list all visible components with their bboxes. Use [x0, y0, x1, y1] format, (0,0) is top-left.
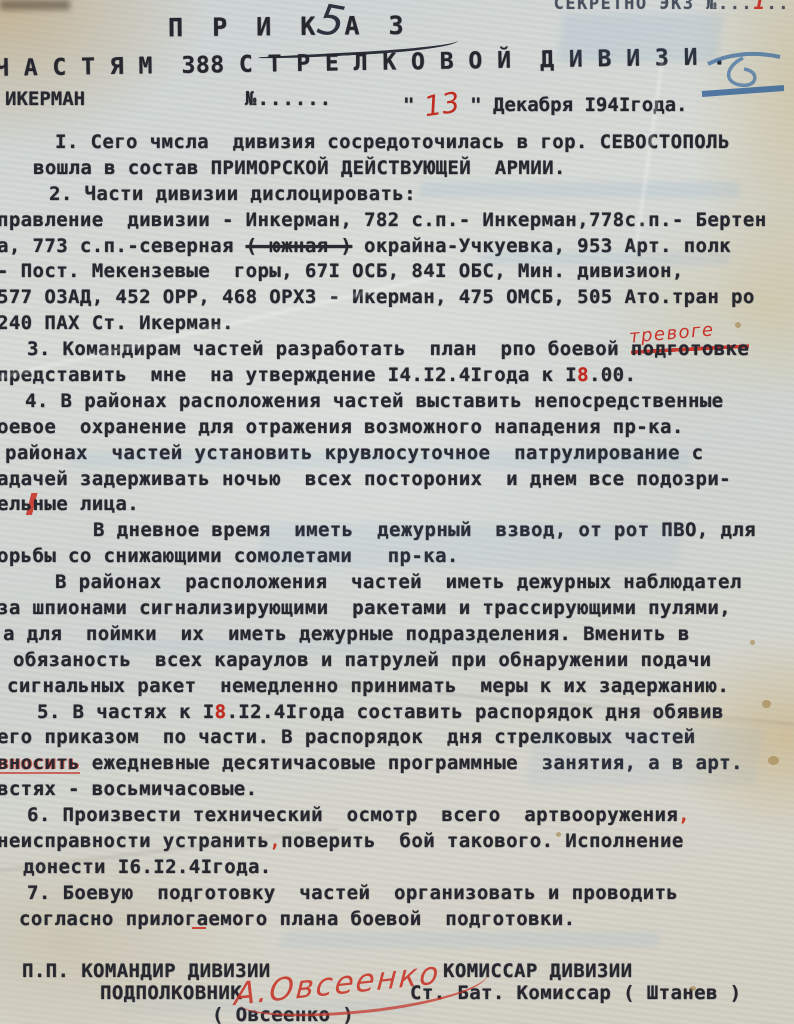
annotated-text-red-digit: 8: [215, 701, 227, 723]
text-line: представить мне на утверждение I4.I2.4Iг…: [0, 363, 794, 389]
typed-text: донести I6.I2.4Iгода.: [23, 856, 272, 878]
bleed-through-mark: [279, 932, 661, 948]
text-line: сигнальных ракет немедленно принимать ме…: [0, 674, 794, 700]
bleed-through-mark: [419, 182, 741, 198]
text-line: 4. В районах расположения частей выстави…: [0, 389, 794, 415]
text-line: адачей задерживать ночью всех постороних…: [0, 467, 794, 493]
secret-text: СЕКРЕТНО ЭКЗ №...: [554, 0, 754, 14]
typed-text: вошла в состав ПРИМОРСКОЙ ДЕЙСТВУЮЩЕЙ АР…: [33, 157, 566, 179]
typed-text: лица.: [68, 493, 139, 515]
typed-text: оевое охранение для отражения возможного…: [0, 416, 684, 438]
annotated-text-red-marked: ельные: [0, 493, 68, 515]
bleed-through-mark: [99, 640, 521, 654]
typed-text: адачей задерживать ночью всех постороних…: [0, 468, 731, 490]
typed-text: В районах расположения частей иметь дежу…: [55, 571, 742, 593]
document-title: П Р И К А З: [168, 11, 411, 43]
typed-text: поверить бой такового. Исполнение: [281, 830, 684, 852]
bleed-through-mark: [119, 1000, 421, 1014]
bleed-through-mark: [557, 14, 724, 62]
typed-text: 2. Части дивизии дислоцировать:: [49, 183, 416, 205]
bleed-through-mark: [257, 524, 683, 568]
text-line: 6. Произвести технический осмотр всего а…: [0, 803, 794, 829]
typed-text: 4. В районах расположения частей выстави…: [25, 390, 724, 412]
text-line: донести I6.I2.4Iгода.: [0, 855, 794, 881]
text-line: правление дивизии - Инкерман, 782 с.п.- …: [0, 208, 794, 234]
paper-stain: [735, 322, 741, 328]
text-line: В районах расположения частей иметь дежу…: [0, 570, 794, 596]
text-line: I. Сего чмсла дивизия сосредоточилась в …: [0, 130, 794, 156]
bleed-through-mark: [479, 252, 731, 265]
document-info-row: ИКЕРМАН №...... "13" Декабря I94Iгода.: [0, 88, 794, 116]
quote-mark: ": [403, 94, 414, 116]
annotated-text-red: ,: [269, 830, 281, 852]
photo-edge-shadow: [0, 0, 70, 10]
paper-stain: [556, 832, 561, 837]
secret-classification: СЕКРЕТНО ЭКЗ №...1..: [554, 0, 790, 14]
commander-title: П.П. КОМАНДИР ДИВИЗИИ: [22, 960, 271, 982]
typed-text: 5. В частях к I: [37, 701, 215, 723]
annotated-text-overwrite: вносить: [0, 752, 80, 774]
quote-mark: ": [470, 94, 481, 116]
text-line: согласно прилогаемого плана боевой подго…: [0, 907, 794, 933]
annotated-text-red-digit: 8: [577, 364, 589, 386]
place-name: ИКЕРМАН: [5, 88, 85, 110]
bleed-through-mark: [526, 728, 764, 786]
typed-text: .00.: [589, 364, 636, 386]
paper-stain: [768, 756, 779, 765]
paper-stain: [690, 986, 696, 991]
typed-text: 7. Боевую подготовку частей организовать…: [27, 882, 678, 904]
typed-text: правление дивизии - Инкерман, 782 с.п.- …: [0, 209, 767, 231]
typed-text: представить мне на утверждение I4.I2.4Iг…: [0, 364, 577, 386]
text-line: за шпионами сигнализирующими ракетами и …: [0, 596, 794, 622]
secret-dots: ..: [767, 0, 790, 14]
text-line: 7. Боевую подготовку частей организовать…: [0, 881, 794, 907]
handwritten-date-day: 13: [422, 86, 462, 124]
document-page: СЕКРЕТНО ЭКЗ №...1.. П Р И К А З 5 Ч А С…: [0, 0, 794, 1024]
annotated-text-red: ,: [678, 804, 690, 826]
handwritten-copy-number: 1: [753, 0, 766, 14]
order-number-blank: №......: [245, 88, 332, 110]
annotated-text-strike: ( южная ): [246, 235, 353, 257]
paper-stain: [750, 640, 755, 645]
typed-text: плана боевой подготовки.: [268, 908, 576, 930]
text-line: ельные лица.: [0, 492, 794, 518]
text-line: неисправности устранить,поверить бой так…: [0, 829, 794, 855]
scanned-document: { "colors":{"ink":"#27272f","red_ink":"#…: [0, 0, 794, 1024]
paper-stain: [762, 700, 771, 708]
text-line: 577 ОЗАД, 452 ОРР, 468 ОРХЗ - Икерман, 4…: [0, 285, 794, 311]
typed-text: 6. Произвести технический осмотр всего а…: [27, 804, 678, 826]
typed-text: согласно: [19, 908, 126, 930]
text-line: вошла в состав ПРИМОРСКОЙ ДЕЙСТВУЮЩЕЙ АР…: [0, 156, 794, 182]
bleed-through-mark: [69, 452, 691, 468]
date-line: "13" Декабря I94Iгода.: [403, 88, 687, 121]
typed-text: за шпионами сигнализирующими ракетами и …: [0, 597, 731, 619]
typed-text: встях - восьмичасовые.: [0, 778, 257, 800]
annotated-text-strike-red: подготовкетревоге: [631, 338, 749, 360]
typed-text: I. Сего чмсла дивизия сосредоточилась в …: [55, 131, 730, 153]
annotated-text-red-under: прилогаемого: [126, 908, 268, 930]
typed-text: а, 773 с.п.-северная: [0, 235, 246, 257]
text-line: оевое охранение для отражения возможного…: [0, 415, 794, 441]
